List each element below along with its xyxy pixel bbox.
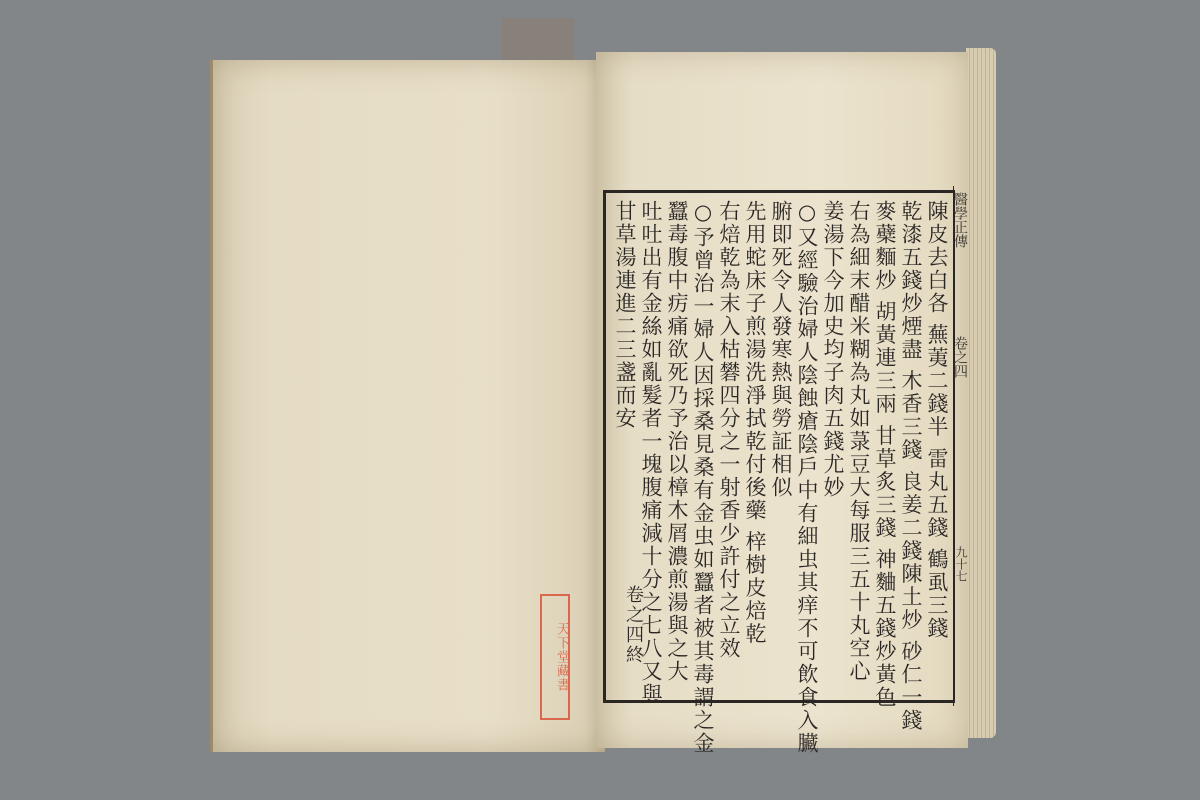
text-column: 姜湯下今加史均子肉五錢尤妙 [820,200,846,695]
text-column: 右焙乾為末入枯礬四分之一射香少許付之立效 [716,200,742,695]
margin-volume: 卷之四 [950,336,970,378]
text-column: 蠶毒腹中疠痛欲死乃予治以樟木屑濃煎湯與之大 [664,200,690,695]
text-column: 麥蘗麵炒 胡黃連三兩 甘草炙三錢 神麯五錢炒黃色 [872,200,898,695]
volume-end-marker: 卷之四終 [620,585,646,665]
text-column: 乾漆五錢炒煙盡 木香三錢 良姜二錢陳土炒 砂仁一錢 [898,200,924,695]
text-column: 陳皮去白各 蕪荑二錢半 雷丸五錢 鶴虱三錢 [924,200,950,695]
text-column: 右為細末醋米糊為丸如菉豆大每服三五十丸空心 [846,200,872,695]
text-column: ○予曾治一婦人因採桑見桑有金虫如蠶者被其毒謂之金 [690,200,716,695]
main-text: 陳皮去白各 蕪荑二錢半 雷丸五錢 鶴虱三錢 乾漆五錢炒煙盡 木香三錢 良姜二錢陳… [612,200,950,695]
page-edges [966,48,996,738]
text-column: 先用蛇床子煎湯洗淨拭乾付後藥 梓樹皮焙乾 [742,200,768,695]
text-column: ○又經驗治婦人陰蝕瘡陰戶中有細虫其痒不可飲食入臟 [794,200,820,695]
ownership-seal: 天下堂藏書 [540,594,570,720]
text-column: 腑即死令人發寒熱與勞証相似 [768,200,794,695]
margin-column: 醫學正傳 卷之四 九十七 [953,186,970,706]
bookmark-slip [502,18,574,64]
margin-title: 醫學正傳 [950,192,970,248]
margin-page-number: 九十七 [953,546,970,582]
